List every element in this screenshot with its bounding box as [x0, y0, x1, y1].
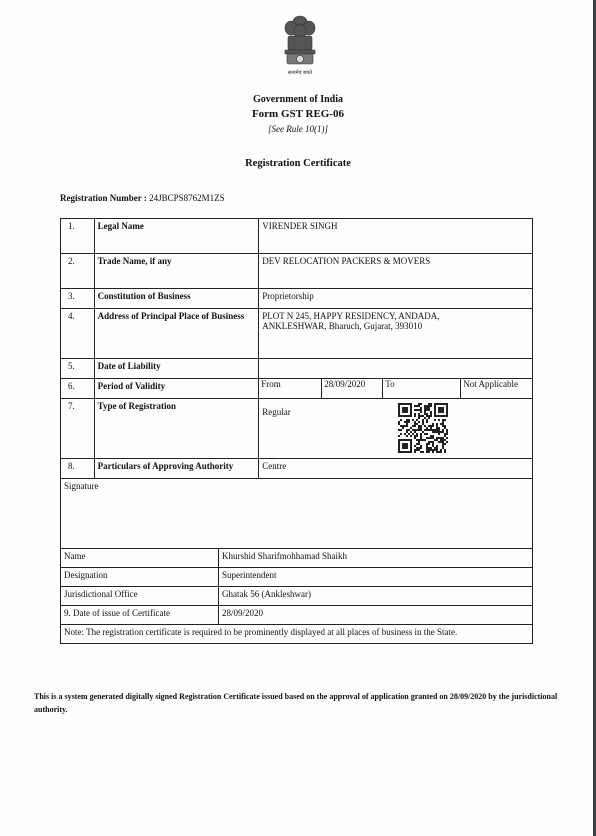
- registration-number: Registration Number : 24JBCPS8762M1ZS: [60, 193, 225, 203]
- row-number: 4.: [61, 309, 95, 359]
- table-row: Name Khurshid Sharifmohhamad Shaikh: [61, 549, 533, 568]
- row-number: 1.: [61, 219, 95, 254]
- address-line-1: PLOT N 245, HAPPY RESIDENCY, ANDADA,: [262, 311, 529, 321]
- trade-name-value: DEV RELOCATION PACKERS & MOVERS: [259, 254, 533, 289]
- table-row: 9. Date of issue of Certificate 28/09/20…: [61, 606, 533, 625]
- registration-type-cell: Regular: [259, 399, 533, 459]
- validity-label: Period of Validity: [94, 379, 259, 399]
- designation-value: Superintendent: [219, 568, 533, 587]
- issue-date-label: 9. Date of issue of Certificate: [61, 606, 219, 625]
- svg-text:सत्यमेव जयते: सत्यमेव जयते: [288, 69, 312, 76]
- certificate-title: Registration Certificate: [0, 158, 596, 169]
- rule-reference: [See Rule 10(1)]: [0, 124, 596, 134]
- legal-name-value: VIRENDER SINGH: [259, 219, 533, 254]
- from-label: From: [259, 379, 322, 398]
- trade-name-label: Trade Name, if any: [94, 254, 259, 289]
- signature-label: Signature: [61, 479, 533, 549]
- approving-authority-value: Centre: [259, 459, 533, 479]
- designation-label: Designation: [61, 568, 219, 587]
- table-row: 1. Legal Name VIRENDER SINGH: [61, 219, 533, 254]
- jurisdictional-office-label: Jurisdictional Office: [61, 587, 219, 606]
- approving-authority-label: Particulars of Approving Authority: [94, 459, 259, 479]
- table-row: 5. Date of Liability: [61, 359, 533, 379]
- constitution-value: Proprietorship: [259, 289, 533, 309]
- table-row: 8. Particulars of Approving Authority Ce…: [61, 459, 533, 479]
- national-emblem-icon: सत्यमेव जयते: [275, 12, 325, 78]
- officer-name-label: Name: [61, 549, 219, 568]
- to-label: To: [383, 379, 461, 398]
- government-heading: Government of India: [0, 94, 596, 105]
- table-row: 6. Period of Validity From 28/09/2020 To…: [61, 379, 533, 399]
- row-number: 6.: [61, 379, 95, 399]
- legal-name-label: Legal Name: [94, 219, 259, 254]
- from-date: 28/09/2020: [322, 379, 383, 398]
- details-table: 1. Legal Name VIRENDER SINGH 2. Trade Na…: [60, 218, 533, 479]
- registration-number-value: 24JBCPS8762M1ZS: [149, 193, 225, 203]
- registration-number-label: Registration Number :: [60, 193, 147, 203]
- table-row: Jurisdictional Office Ghatak 56 (Anklesh…: [61, 587, 533, 606]
- qr-code-icon: [398, 403, 448, 453]
- row-number: 8.: [61, 459, 95, 479]
- row-number: 5.: [61, 359, 95, 379]
- form-title: Form GST REG-06: [0, 108, 596, 120]
- address-value: PLOT N 245, HAPPY RESIDENCY, ANDADA, ANK…: [259, 309, 533, 359]
- issue-date-value: 28/09/2020: [219, 606, 533, 625]
- table-row: 4. Address of Principal Place of Busines…: [61, 309, 533, 359]
- constitution-label: Constitution of Business: [94, 289, 259, 309]
- table-row: 3. Constitution of Business Proprietorsh…: [61, 289, 533, 309]
- date-of-liability-label: Date of Liability: [94, 359, 259, 379]
- validity-value: From 28/09/2020 To Not Applicable: [259, 379, 533, 399]
- address-line-2: ANKLESHWAR, Bharuch, Gujarat, 393010: [262, 321, 529, 331]
- table-row: 7. Type of Registration Regular: [61, 399, 533, 459]
- registration-type-label: Type of Registration: [94, 399, 259, 459]
- table-row: 2. Trade Name, if any DEV RELOCATION PAC…: [61, 254, 533, 289]
- row-number: 7.: [61, 399, 95, 459]
- to-date: Not Applicable: [461, 379, 532, 398]
- signature-table: Signature Name Khurshid Sharifmohhamad S…: [60, 478, 533, 644]
- system-generated-notice: This is a system generated digitally sig…: [34, 690, 564, 716]
- date-of-liability-value: [259, 359, 533, 379]
- display-note: Note: The registration certificate is re…: [61, 625, 533, 644]
- row-number: 3.: [61, 289, 95, 309]
- officer-name-value: Khurshid Sharifmohhamad Shaikh: [219, 549, 533, 568]
- jurisdictional-office-value: Ghatak 56 (Ankleshwar): [219, 587, 533, 606]
- address-label: Address of Principal Place of Business: [94, 309, 259, 359]
- table-row: Designation Superintendent: [61, 568, 533, 587]
- registration-type-value: Regular: [262, 407, 529, 417]
- row-number: 2.: [61, 254, 95, 289]
